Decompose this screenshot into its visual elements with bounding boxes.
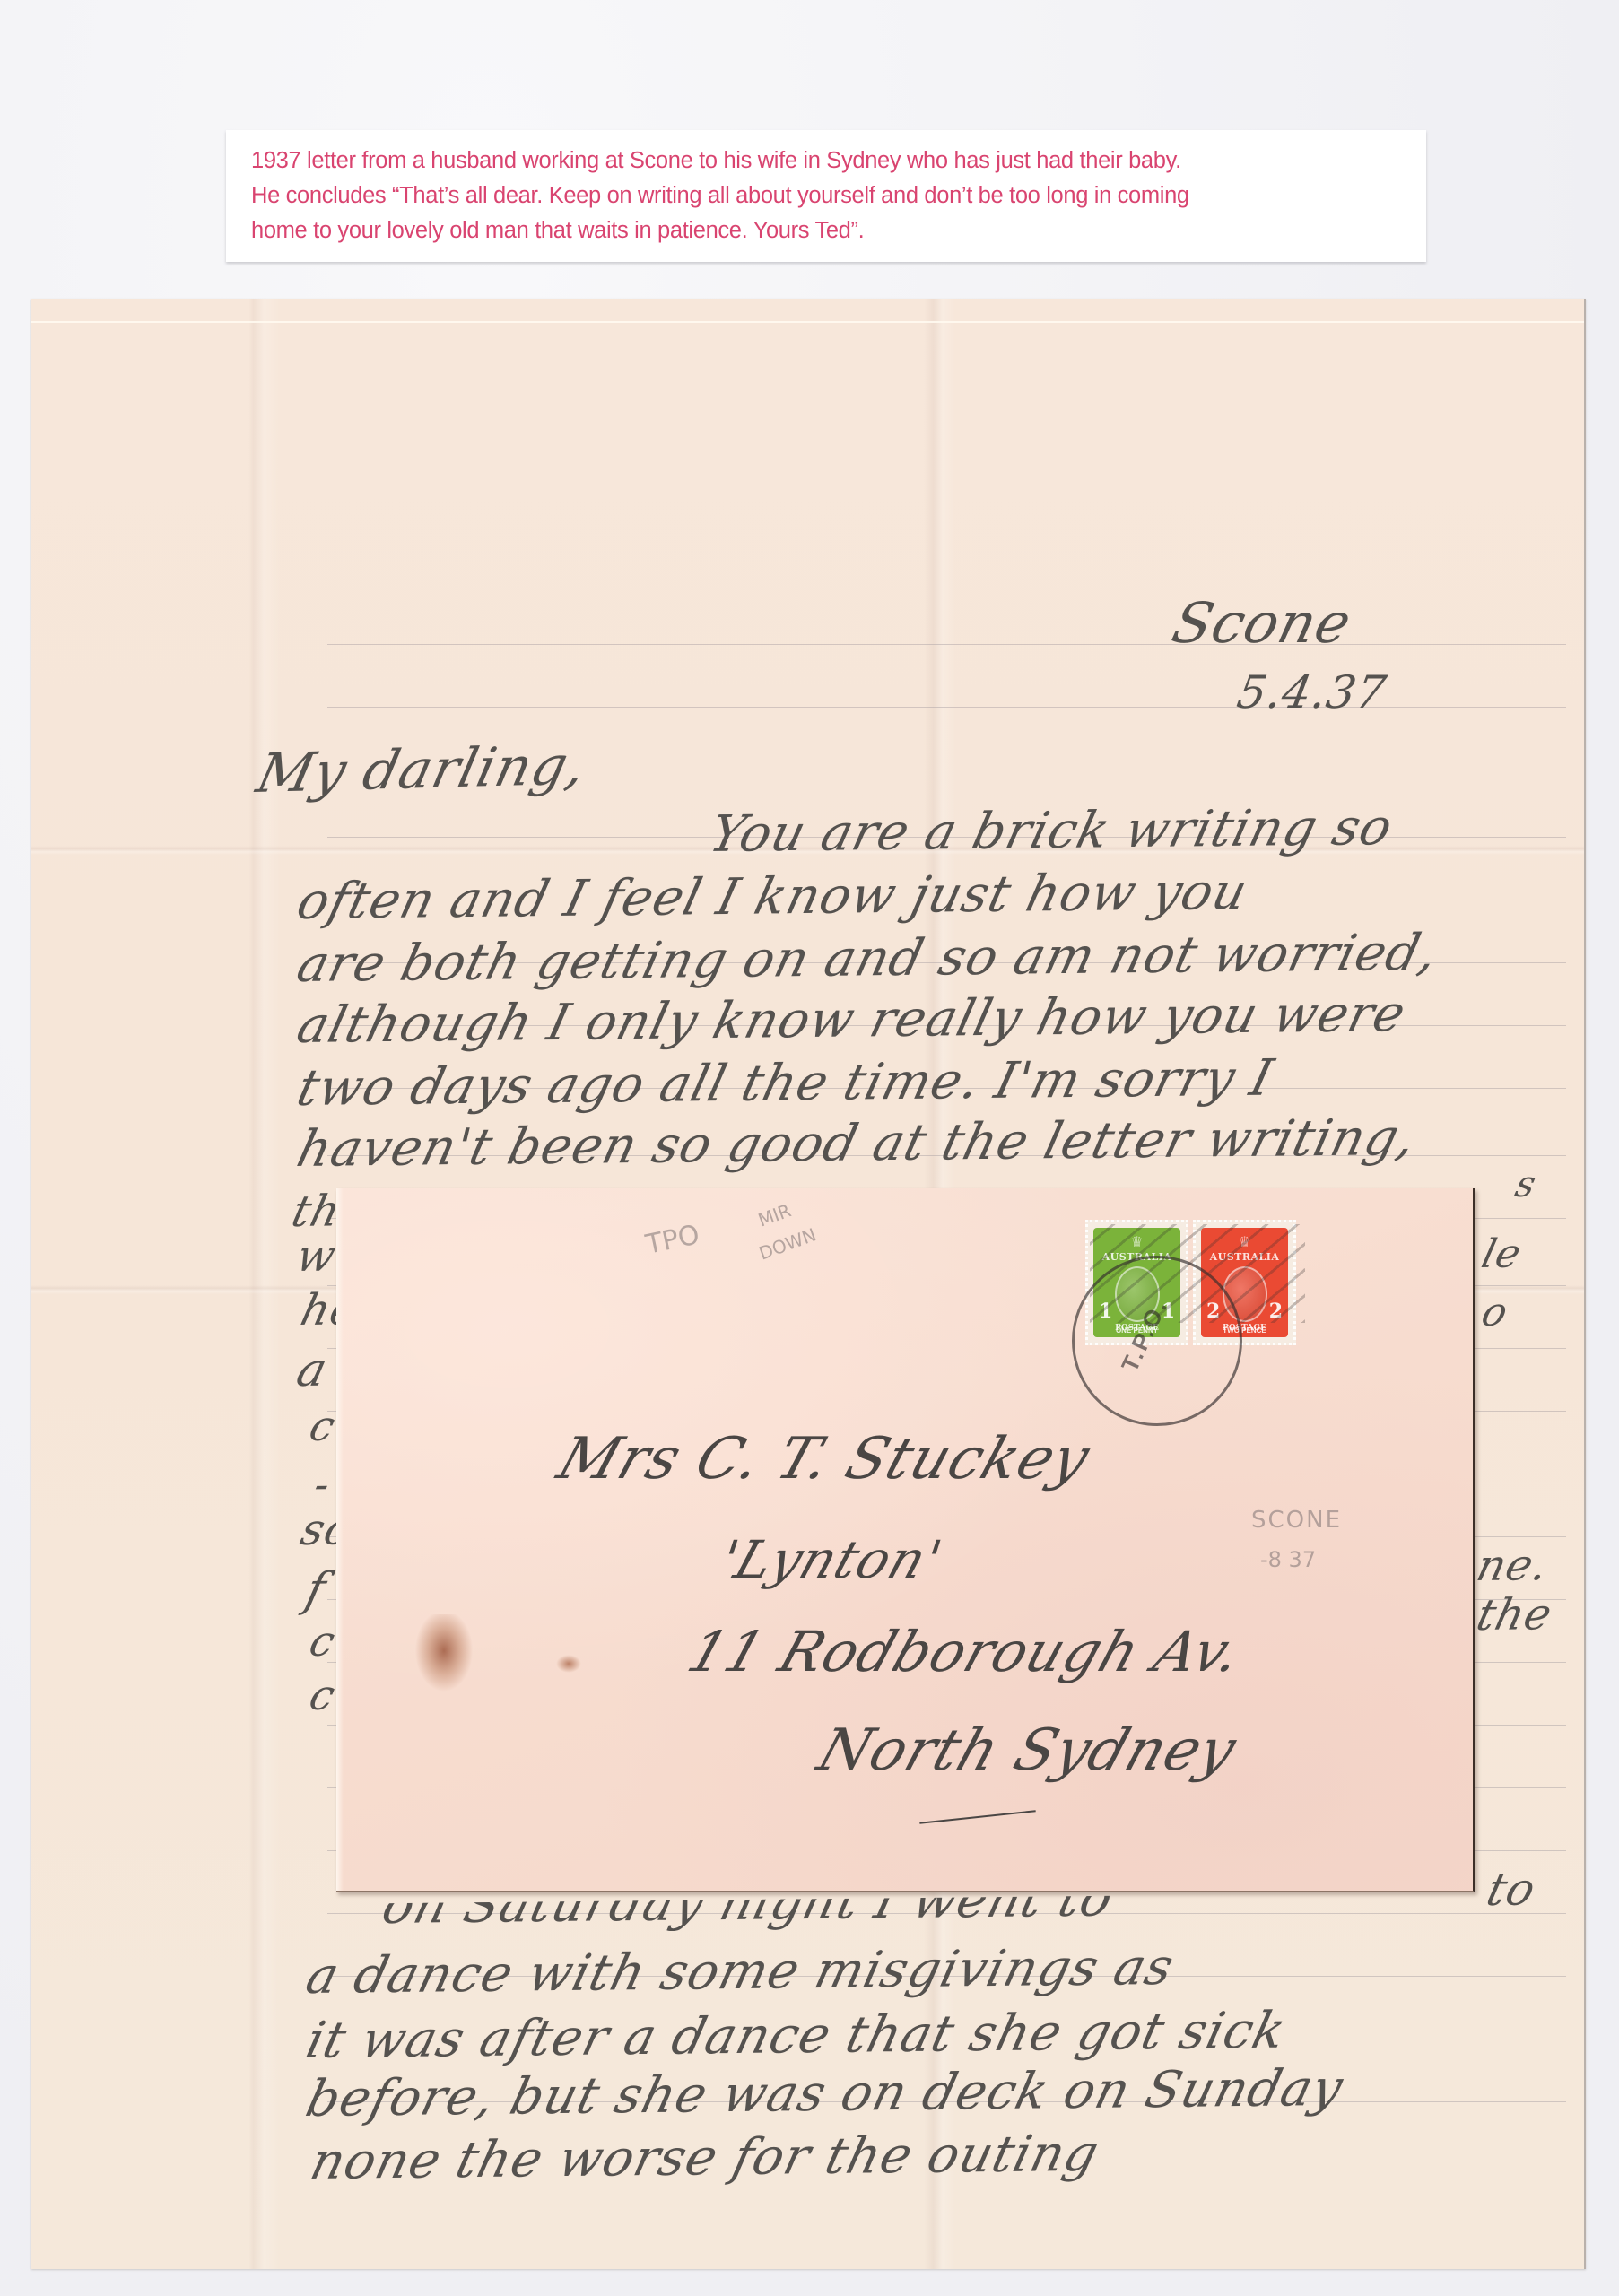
postmark-text: T.P.O. [1116, 1294, 1174, 1377]
address-street: 11 Rodborough Av. [680, 1619, 1250, 1684]
letter-line: a dance with some misgivings as [300, 1938, 1179, 2005]
caption-line-3: home to your lovely old man that waits i… [251, 213, 1405, 248]
letter-fragment: c [305, 1671, 341, 1719]
scan-background: 1937 letter from a husband working at Sc… [0, 0, 1619, 2296]
letter-line: haven't been so good at the letter writi… [292, 1109, 1423, 1178]
address-house: 'Lynton' [712, 1529, 950, 1590]
letter-line: although I only know really how you were [292, 985, 1412, 1055]
pencil-note: -8 37 [1260, 1547, 1316, 1572]
postmark-circle: T.P.O. [1072, 1256, 1242, 1426]
letter-salutation: My darling, [251, 735, 593, 805]
pencil-note: TPO [643, 1219, 702, 1261]
letter-place: Scone [1166, 590, 1358, 656]
caption-card: 1937 letter from a husband working at Sc… [226, 130, 1426, 262]
address-underline [919, 1810, 1035, 1824]
letter-line: You are a brick writing so [704, 798, 1398, 864]
letter-fragment: w [292, 1231, 342, 1282]
envelope: TPO MIR DOWN ♛ AUSTRALIA POSTAGE 1 1 ONE… [336, 1188, 1475, 1892]
letter-fragment: the [1472, 1589, 1557, 1640]
caption-line-2: He concludes “That’s all dear. Keep on w… [251, 178, 1405, 213]
letter-fragment: to [1482, 1863, 1541, 1916]
letter-fragment: s [1511, 1164, 1541, 1205]
letter-line: none the worse for the outing [305, 2125, 1105, 2191]
letter-fragment: o [1477, 1290, 1513, 1335]
pencil-note: MIR [755, 1199, 794, 1231]
letter-line: before, but she was on deck on Sunday [300, 2059, 1349, 2128]
letter-fragment: c [305, 1617, 341, 1665]
address-name: Mrs C. T. Stuckey [550, 1426, 1098, 1492]
rust-stain [413, 1614, 475, 1695]
letter-line: are both getting on and so am not worrie… [292, 924, 1444, 994]
letter-fragment: - [309, 1460, 335, 1509]
address-suburb: North Sydney [810, 1718, 1245, 1784]
letter-fragment: f [300, 1563, 332, 1617]
rust-stain [556, 1655, 581, 1673]
ruled-line [327, 644, 1566, 645]
letter-fragment: c [305, 1402, 341, 1450]
caption-line-1: 1937 letter from a husband working at Sc… [251, 143, 1405, 178]
letter-date: 5.4.37 [1233, 666, 1390, 718]
letter-fragment: le [1477, 1231, 1526, 1277]
letter-line: it was after a dance that she got sick [300, 2002, 1292, 2070]
letter-line: often and I feel I know just how you [292, 863, 1254, 931]
pencil-note: SCONE [1251, 1507, 1342, 1534]
letter-fragment: ne. [1472, 1540, 1554, 1591]
letter-fragment: a [292, 1344, 333, 1397]
letter-line: two days ago all the time. I'm sorry I [292, 1049, 1279, 1118]
